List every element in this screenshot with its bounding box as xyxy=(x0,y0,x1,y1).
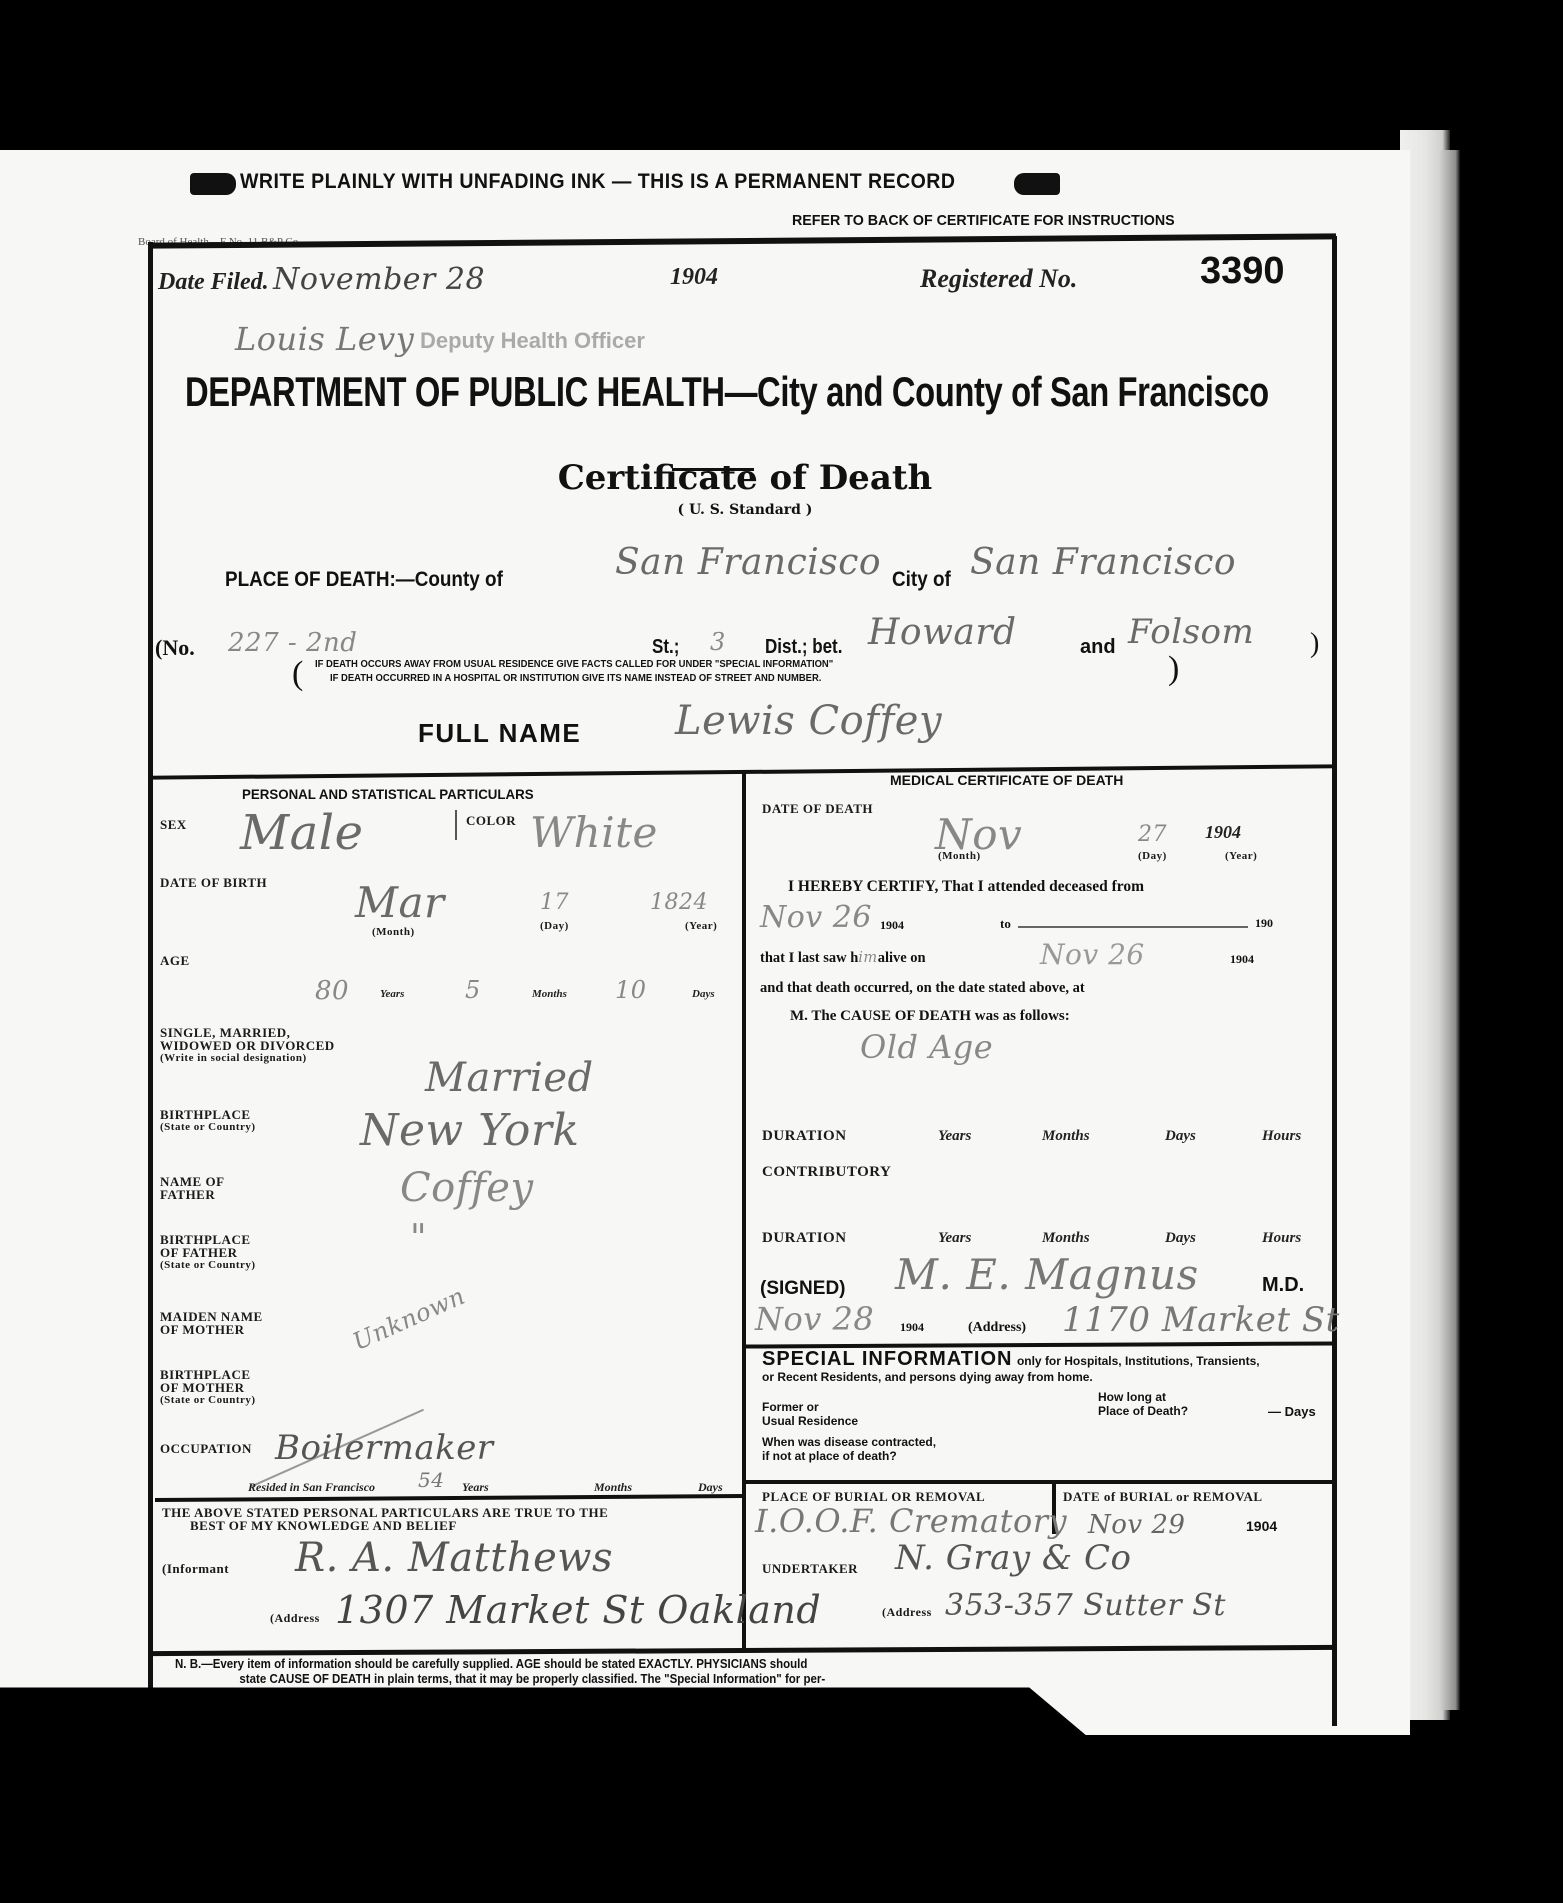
deputy-signature: Louis Levy xyxy=(235,320,414,358)
color-value: White xyxy=(530,808,658,857)
attended-from-date: Nov 26 xyxy=(760,900,872,935)
duration-years-2: Years xyxy=(938,1230,971,1247)
certify-statement: I HEREBY CERTIFY, That I attended deceas… xyxy=(788,878,1144,896)
undertaker-name: N. Gray & Co xyxy=(895,1538,1131,1578)
age-days: 10 xyxy=(615,976,647,1004)
between-street-2: Folsom xyxy=(1128,612,1254,652)
burial-date-label: DATE of BURIAL or REMOVAL xyxy=(1063,1490,1263,1503)
occupation-value: Boilermaker xyxy=(275,1428,494,1468)
and-label: and xyxy=(1080,636,1116,659)
certificate-page: WRITE PLAINLY WITH UNFADING INK — THIS I… xyxy=(0,150,1410,1735)
date-of-death-year: 1904 xyxy=(1205,822,1241,843)
attended-to-year: 190 xyxy=(1255,916,1273,931)
frame-right xyxy=(1332,236,1337,1726)
burial-date: Nov 29 xyxy=(1088,1510,1185,1540)
paren-close: ) xyxy=(1310,628,1319,660)
book-page-edge-shadow xyxy=(1438,150,1460,1710)
duration-hours-1: Hours xyxy=(1262,1128,1301,1145)
attended-from-year: 1904 xyxy=(880,918,904,933)
date-filed-year: 1904 xyxy=(670,264,718,291)
physician-address: 1170 Market St xyxy=(1062,1300,1340,1340)
duration-label-2: DURATION xyxy=(762,1232,847,1245)
full-name-label: FULL NAME xyxy=(418,718,581,749)
attended-to-blank xyxy=(1018,926,1248,928)
duration-hours-2: Hours xyxy=(1262,1230,1301,1247)
age-years: 80 xyxy=(315,976,349,1006)
duration-months-2: Months xyxy=(1042,1230,1090,1247)
resided-label: Resided in San Francisco xyxy=(248,1480,375,1495)
informant-name: R. A. Matthews xyxy=(295,1535,613,1581)
duration-days-1: Days xyxy=(1165,1128,1196,1145)
father-name-value: Coffey xyxy=(400,1165,534,1211)
undertaker-address: 353-357 Sutter St xyxy=(945,1588,1226,1623)
age-years-caption: Years xyxy=(380,988,404,1000)
personal-heading: PERSONAL AND STATISTICAL PARTICULARS xyxy=(242,786,534,802)
last-saw-year: 1904 xyxy=(1230,952,1254,967)
footer-note: N. B.—Every item of information should b… xyxy=(175,1657,825,1702)
registered-number: 3390 xyxy=(1200,250,1285,293)
department-title: DEPARTMENT OF PUBLIC HEALTH—City and Cou… xyxy=(185,368,1269,416)
undertaker-address-label: (Address xyxy=(882,1606,932,1619)
how-long-label: How long at Place of Death? xyxy=(1098,1390,1188,1418)
duration-label-1: DURATION xyxy=(762,1130,847,1143)
street-no-value: 227 - 2nd xyxy=(228,628,357,658)
date-of-death-day: 27 xyxy=(1138,822,1167,847)
dod-day-caption: (Day) xyxy=(1138,850,1167,863)
undertaker-label: UNDERTAKER xyxy=(762,1562,858,1575)
district-value: 3 xyxy=(710,628,726,656)
cause-intro: M. The CAUSE OF DEATH was as follows: xyxy=(790,1008,1070,1025)
marital-label: SINGLE, MARRIED, WIDOWED OR DIVORCED (Wr… xyxy=(160,1026,335,1065)
md-label: M.D. xyxy=(1262,1274,1304,1297)
former-residence-label: Former or Usual Residence xyxy=(762,1400,858,1428)
special-heading: SPECIAL INFORMATION only for Hospitals, … xyxy=(762,1348,1260,1371)
paren-close-note: ) xyxy=(1168,650,1179,688)
banner-text: WRITE PLAINLY WITH UNFADING INK — THIS I… xyxy=(240,170,955,194)
informant-address: 1307 Market St Oakland xyxy=(335,1588,821,1632)
informant-address-label: (Address xyxy=(270,1612,320,1625)
to-label: to xyxy=(1000,916,1011,932)
last-saw-date: Nov 26 xyxy=(1040,938,1145,971)
sex-color-separator xyxy=(455,810,457,840)
color-label: COLOR xyxy=(466,814,516,827)
father-birthplace-value: " xyxy=(410,1218,427,1259)
dob-day: 17 xyxy=(540,890,569,915)
dob-year: 1824 xyxy=(650,890,708,915)
resided-years: 54 xyxy=(418,1468,444,1492)
signed-year: 1904 xyxy=(900,1320,924,1335)
mother-maiden-name-label: MAIDEN NAME OF MOTHER xyxy=(160,1310,263,1336)
mother-unknown-value: Unknown xyxy=(349,1282,470,1356)
occupation-label: OCCUPATION xyxy=(160,1442,252,1455)
us-standard: ( U. S. Standard ) xyxy=(545,502,945,518)
dob-month: Mar xyxy=(355,878,445,927)
signed-date: Nov 28 xyxy=(755,1300,874,1338)
age-months: 5 xyxy=(465,976,481,1004)
medical-heading: MEDICAL CERTIFICATE OF DEATH xyxy=(890,772,1123,788)
sex-label: SEX xyxy=(160,818,187,831)
burial-year: 1904 xyxy=(1246,1518,1277,1534)
resided-years-caption: Years xyxy=(462,1480,489,1495)
deputy-title: Deputy Health Officer xyxy=(420,328,645,354)
age-months-caption: Months xyxy=(532,988,567,1000)
banner: WRITE PLAINLY WITH UNFADING INK — THIS I… xyxy=(190,170,1310,195)
city-value: San Francisco xyxy=(970,542,1236,583)
pointing-hand-icon xyxy=(190,173,236,195)
when-contracted-label: When was disease contracted, if not at p… xyxy=(762,1435,936,1463)
father-birthplace-label: BIRTHPLACE OF FATHER (State or Country) xyxy=(160,1233,256,1272)
father-name-label: NAME OF FATHER xyxy=(160,1175,225,1201)
cause-of-death: Old Age xyxy=(860,1028,993,1066)
physician-signature: M. E. Magnus xyxy=(895,1250,1199,1299)
date-filed-value: November 28 xyxy=(273,262,485,297)
pointing-hand-icon-right xyxy=(1014,173,1060,195)
resided-days-caption: Days xyxy=(698,1480,723,1495)
contributory-label: CONTRIBUTORY xyxy=(762,1166,891,1179)
full-name-value: Lewis Coffey xyxy=(675,698,942,744)
duration-days-2: Days xyxy=(1165,1230,1196,1247)
dob-day-caption: (Day) xyxy=(540,920,569,933)
special-subheading: or Recent Residents, and persons dying a… xyxy=(762,1370,1093,1384)
date-filed: Date Filed. November 28 xyxy=(158,262,485,297)
marital-value: Married xyxy=(425,1055,594,1101)
age-label: AGE xyxy=(160,954,190,967)
frame-top xyxy=(148,233,1336,248)
birthplace-value: New York xyxy=(360,1105,580,1156)
street-no-label: (No. xyxy=(155,635,195,661)
birthplace-label: BIRTHPLACE (State or Country) xyxy=(160,1108,256,1134)
dod-year-caption: (Year) xyxy=(1225,850,1257,863)
sex-value: Male xyxy=(240,805,364,861)
between-street-1: Howard xyxy=(868,612,1017,653)
resided-months-caption: Months xyxy=(594,1480,632,1495)
physician-address-label: (Address) xyxy=(968,1320,1026,1336)
certificate-title: Certificate of Death xyxy=(545,458,945,498)
place-of-death-label: PLACE OF DEATH:—County of xyxy=(225,568,503,592)
date-of-death-label: DATE OF DEATH xyxy=(762,802,873,815)
informant-statement: THE ABOVE STATED PERSONAL PARTICULARS AR… xyxy=(162,1506,608,1532)
age-days-caption: Days xyxy=(692,988,715,1000)
frame-left xyxy=(148,242,153,1722)
registered-label: Registered No. xyxy=(920,264,1077,294)
column-divider xyxy=(742,770,746,1650)
note-line-1: IF DEATH OCCURS AWAY FROM USUAL RESIDENC… xyxy=(315,658,833,670)
informant-label: (Informant xyxy=(162,1562,229,1575)
burial-divider xyxy=(745,1480,1335,1484)
dob-year-caption: (Year) xyxy=(685,920,717,933)
dob-month-caption: (Month) xyxy=(372,926,415,939)
street-label: St.; xyxy=(652,636,679,659)
city-label: City of xyxy=(892,568,951,592)
refer-instructions: REFER TO BACK OF CERTIFICATE FOR INSTRUC… xyxy=(792,212,1175,229)
death-occurred-line: and that death occurred, on the date sta… xyxy=(760,980,1085,997)
informant-divider xyxy=(155,1494,743,1502)
duration-years-1: Years xyxy=(938,1128,971,1145)
signed-label: (SIGNED) xyxy=(760,1278,846,1300)
how-long-days: — Days xyxy=(1268,1404,1316,1419)
dob-label: DATE OF BIRTH xyxy=(160,876,267,889)
paren-open-note: ( xyxy=(292,655,303,693)
duration-months-1: Months xyxy=(1042,1128,1090,1145)
mother-birthplace-label: BIRTHPLACE OF MOTHER (State or Country) xyxy=(160,1368,256,1407)
county-value: San Francisco xyxy=(615,542,881,583)
note-line-2: IF DEATH OCCURRED IN A HOSPITAL OR INSTI… xyxy=(330,672,821,684)
dod-month-caption: (Month) xyxy=(938,850,981,863)
burial-place: I.O.O.F. Crematory xyxy=(755,1502,1067,1540)
district-label: Dist.; bet. xyxy=(765,636,842,659)
last-saw-line: that I last saw himalive on xyxy=(760,950,926,967)
